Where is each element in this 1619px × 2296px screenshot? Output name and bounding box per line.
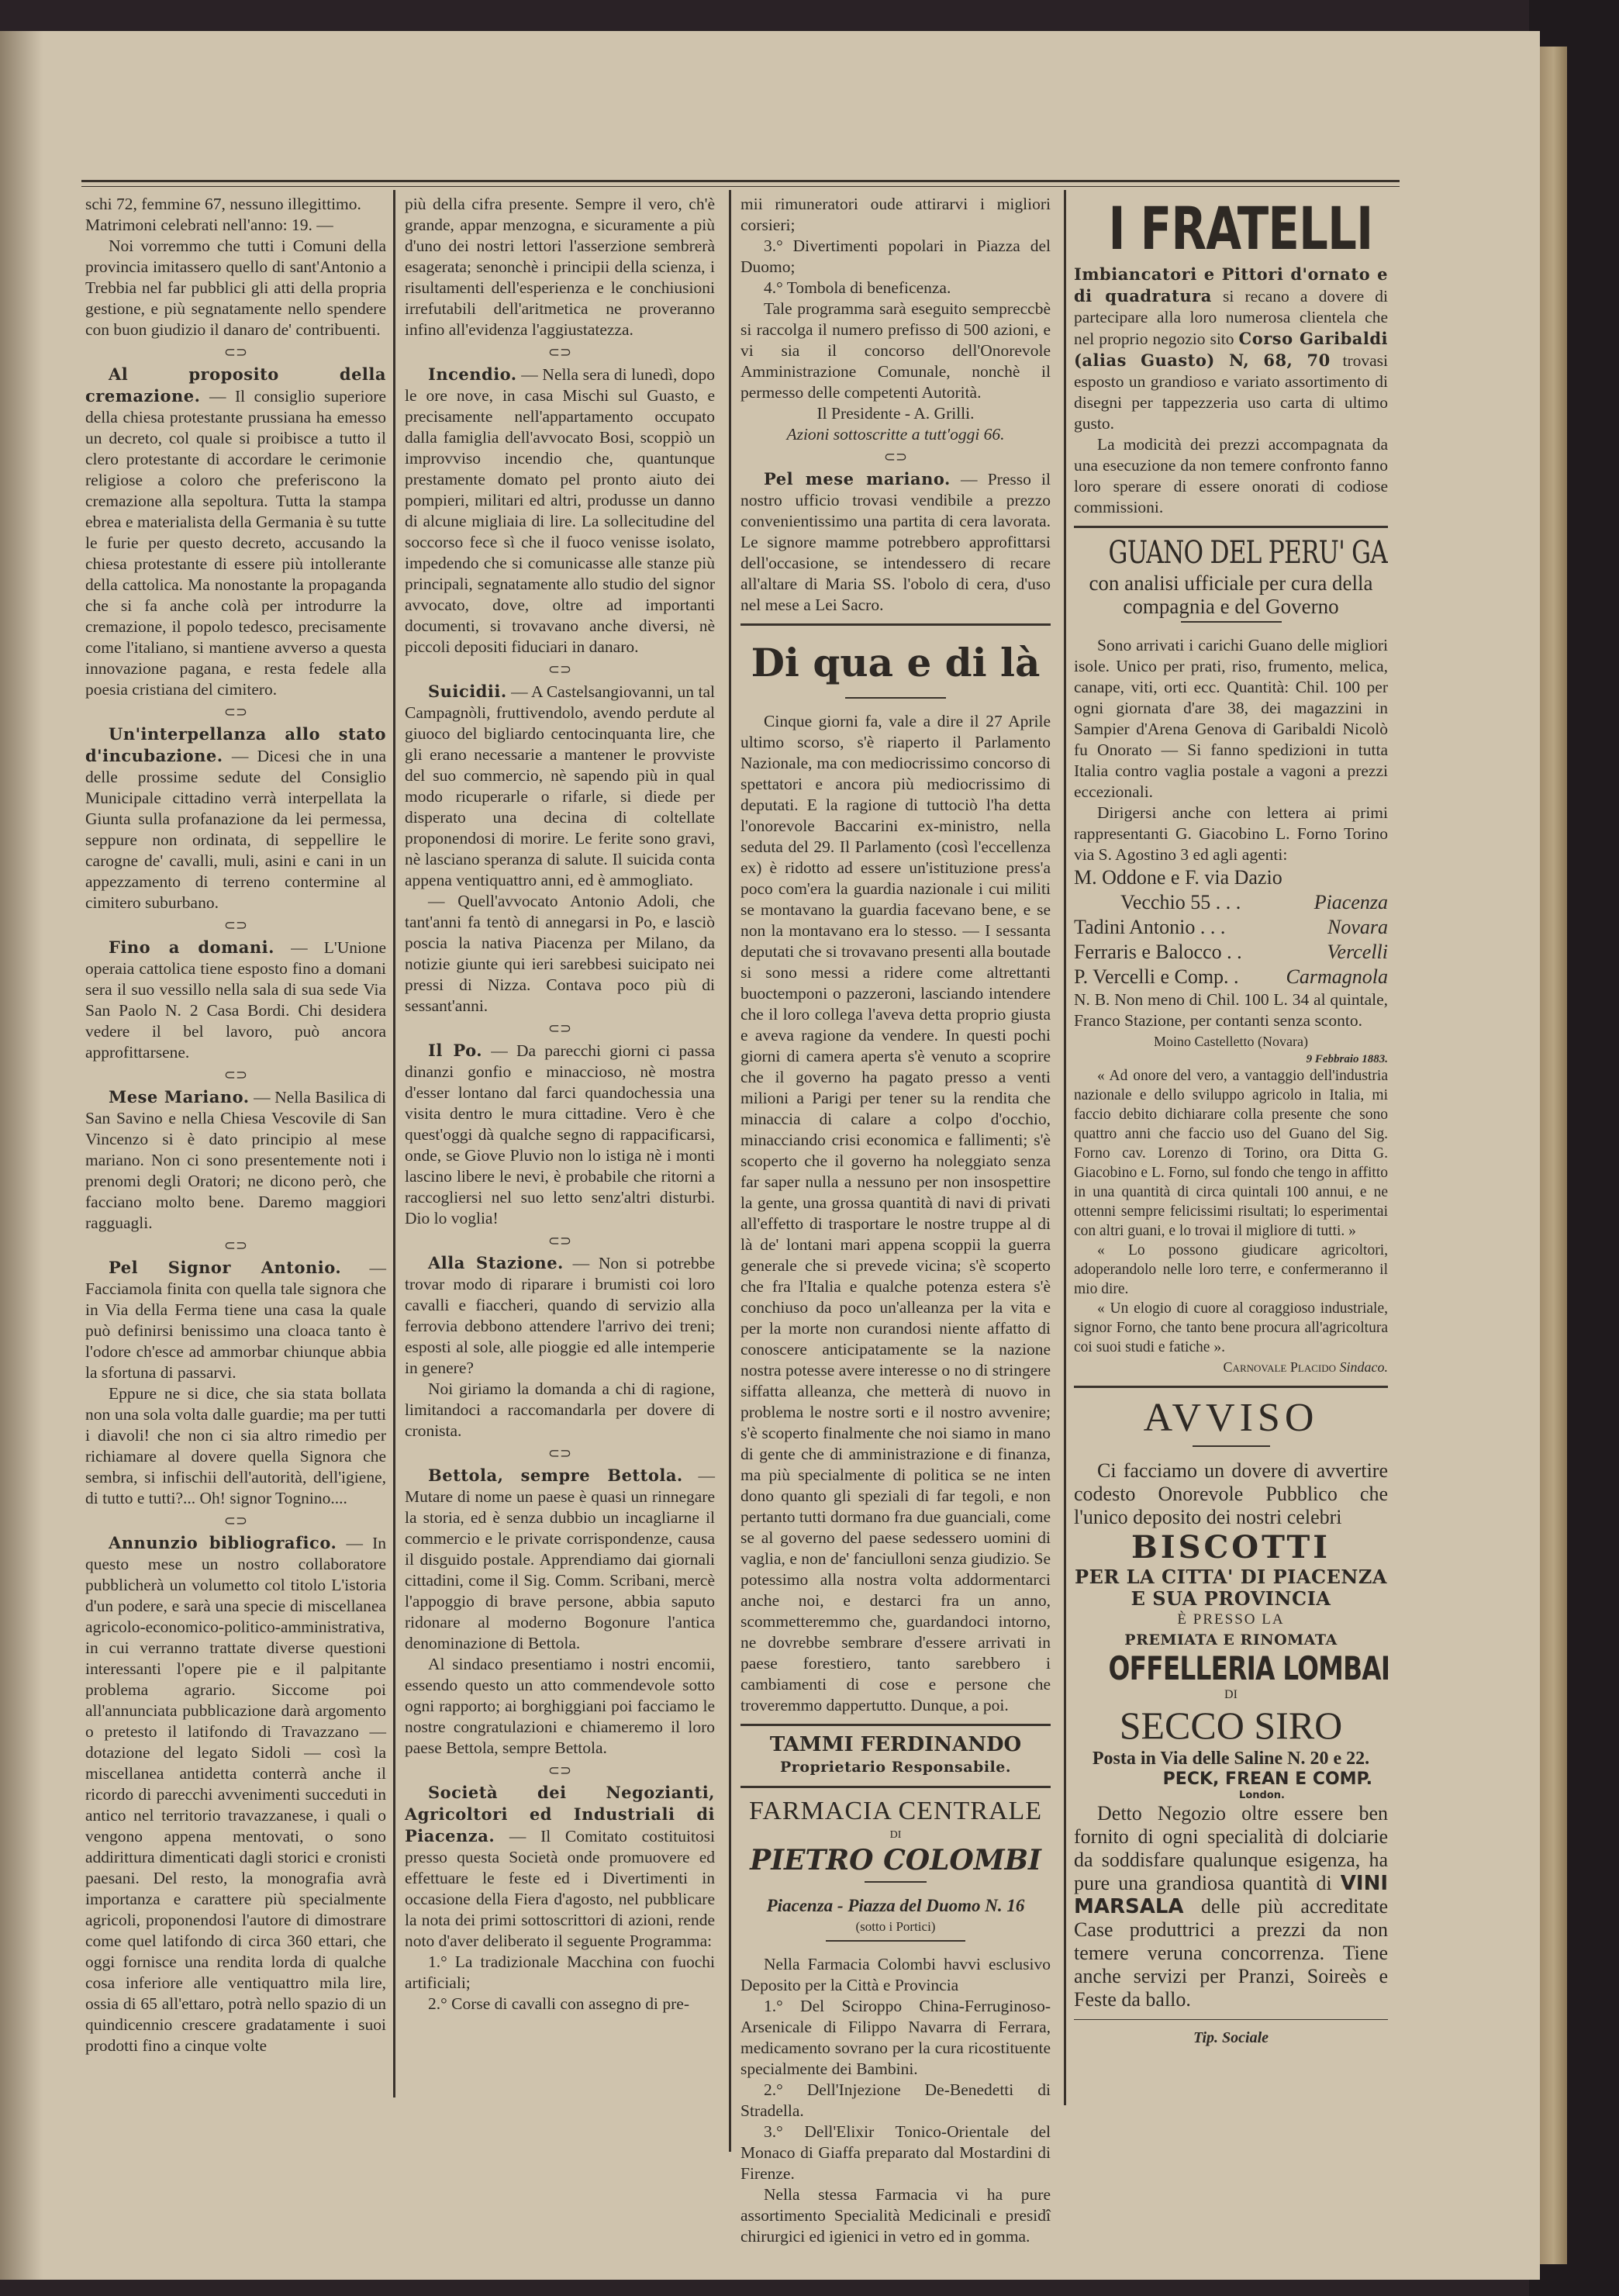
ornament-icon: ⊂⊃	[405, 340, 715, 364]
column-divider	[729, 190, 731, 2152]
testimonial: « Un elogio di cuore al coraggioso indus…	[1074, 1299, 1388, 1357]
publisher-name: TAMMI FERDINANDO	[740, 1732, 1051, 1757]
title-underline	[865, 1881, 927, 1883]
article-body: — Presso il nostro ufficio trovasi vendi…	[740, 470, 1051, 614]
article-annunzio: Annunzio bibliografico. — In questo mese…	[85, 1532, 386, 2056]
guano-subtitle: con analisi ufficiale per cura della com…	[1074, 571, 1388, 618]
agent-city: Piacenza	[1314, 890, 1388, 915]
article-title: Alla Stazione.	[428, 1253, 564, 1272]
article-body: — Nella sera di lunedì, dopo le ore nove…	[405, 365, 715, 656]
article-title: Bettola, sempre Bettola.	[428, 1466, 683, 1485]
product-name: BISCOTTI	[1074, 1529, 1388, 1566]
guano-place: Moino Castelletto (Novara)	[1074, 1031, 1388, 1052]
shop-wrap: OFFELLERIA LOMBARDA	[1074, 1650, 1388, 1687]
title-underline	[826, 1940, 965, 1942]
article-bettola: Bettola, sempre Bettola. — Mutare di nom…	[405, 1465, 715, 1654]
pharmacy-item: 1.° Del Sciroppo China-Ferruginoso-Arsen…	[740, 1996, 1051, 2080]
article-body: — Il consiglio superiore della chiesa pr…	[85, 387, 386, 699]
brand-name: PECK, FREAN E COMP.	[1074, 1769, 1388, 1790]
column-4: I FRATELLI MORISI Imbiancatori e Pittori…	[1074, 194, 1388, 2049]
intro-paragraph: più della cifra presente. Sempre il vero…	[405, 194, 715, 340]
ornament-icon: ⊂⊃	[405, 1229, 715, 1252]
article-title: Pel mese mariano.	[764, 469, 951, 489]
program-item: 2.° Corse di cavalli con assegno di pre-	[405, 1994, 715, 2015]
agent-name: P. Vercelli e Comp. .	[1074, 965, 1239, 989]
article-mese-mariano: Mese Mariano. — Nella Basilica di San Sa…	[85, 1086, 386, 1234]
article-pel-mese-mariano: Pel mese mariano. — Presso il nostro uff…	[740, 468, 1051, 616]
ornament-icon: ⊂⊃	[405, 658, 715, 681]
signature: Carnovale Placido Sindaco.	[1074, 1357, 1388, 1378]
signature-name: Carnovale Placido	[1224, 1359, 1336, 1375]
signature-role: Sindaco.	[1340, 1359, 1389, 1375]
agent-name: Tadini Antonio . . .	[1074, 915, 1225, 940]
article-title: Suicidii.	[428, 682, 507, 701]
ad-rule	[1074, 526, 1388, 528]
ornament-icon: ⊂⊃	[85, 913, 386, 937]
article-title: Pel Signor Antonio.	[109, 1258, 341, 1277]
pharmacy-owner: PIETRO COLOMBI	[740, 1842, 1051, 1878]
pharmacy-address-note: (sotto i Portici)	[740, 1916, 1051, 1937]
article-fino-a-domani: Fino a domani. — L'Unione operaia cattol…	[85, 937, 386, 1063]
article-signor-antonio: Pel Signor Antonio. — Facciamola finita …	[85, 1257, 386, 1383]
pharmacy-closing: Nella stessa Farmacia vi ha pure assorti…	[740, 2184, 1051, 2247]
section-body: Cinque giorni fa, vale a dire il 27 Apri…	[740, 711, 1051, 1716]
morisi-lead: Imbiancatori e Pittori d'ornato e di qua…	[1074, 264, 1388, 434]
pharmacy-item: 2.° Dell'Injezione De-Benedetti di Strad…	[740, 2080, 1051, 2122]
pharmacy-address: Piacenza - Piazza del Duomo N. 16	[740, 1895, 1051, 1916]
article-societa: Società dei Negozianti, Agricoltori ed I…	[405, 1782, 715, 1952]
continued-text: mii rimuneratori oude attirarvi i miglio…	[740, 194, 1051, 236]
article-body: — A Castelsangiovanni, un tal Campagnòli…	[405, 682, 715, 889]
article-cremazione: Al proposito della cremazione. — Il cons…	[85, 364, 386, 700]
program-note: Tale programma sarà eseguito sempreccbè …	[740, 299, 1051, 403]
guano-date: 9 Febbraio 1883.	[1074, 1052, 1388, 1066]
column-3: mii rimuneratori oude attirarvi i miglio…	[740, 194, 1051, 2247]
ad-rule	[1074, 1386, 1388, 1388]
article-title: Incendio.	[428, 364, 517, 384]
article-alla-stazione: Alla Stazione. — Non si potrebbe trovar …	[405, 1252, 715, 1379]
ornament-rule	[1181, 621, 1282, 623]
article-title: Mese Mariano.	[109, 1087, 250, 1107]
program-item: 4.° Tombola di beneficenza.	[740, 278, 1051, 299]
article-body-continued: Al sindaco presentiamo i nostri encomii,…	[405, 1654, 715, 1759]
agent-row: Ferraris e Balocco . .Vercelli	[1074, 940, 1388, 965]
agent-city: Vercelli	[1327, 940, 1388, 965]
article-body: — In questo mese un nostro collaboratore…	[85, 1534, 386, 2055]
pharmacy-title: FARMACIA CENTRALE	[740, 1794, 1051, 1828]
pharmacy-di: DI	[740, 1828, 1051, 1842]
ornament-rule	[1193, 1445, 1270, 1447]
ornament-icon: ⊂⊃	[740, 445, 1051, 468]
ornament-icon: ⊂⊃	[405, 1759, 715, 1782]
agent-row: Vecchio 55 . . .Piacenza	[1074, 890, 1388, 915]
article-title: Il Po.	[428, 1041, 482, 1060]
agent-row: Tadini Antonio . . .Novara	[1074, 915, 1388, 940]
intro-paragraph: Noi vorremmo che tutti i Comuni della pr…	[85, 236, 386, 340]
article-body-continued: — Quell'avvocato Antonio Adoli, che tant…	[405, 891, 715, 1017]
publisher-role: Proprietario Responsabile.	[740, 1757, 1051, 1778]
article-body-continued: Eppure ne si dice, che sia stata bollata…	[85, 1383, 386, 1509]
article-suicidii: Suicidii. — A Castelsangiovanni, un tal …	[405, 681, 715, 891]
column-2: più della cifra presente. Sempre il vero…	[405, 194, 715, 2015]
shares-count: Azioni sottoscritte a tutt'oggi 66.	[740, 424, 1051, 445]
ornament-icon: ⊂⊃	[405, 1441, 715, 1465]
article-interpellanza: Un'interpellanza allo stato d'incubazion…	[85, 723, 386, 913]
avviso-line: E SUA PROVINCIA	[1074, 1588, 1388, 1610]
morisi-title-wrap: I FRATELLI MORISI	[1074, 194, 1388, 264]
ornament-icon: ⊂⊃	[85, 340, 386, 364]
shop-owner: SECCO SIRO	[1074, 1703, 1388, 1748]
ornament-icon: ⊂⊃	[405, 1017, 715, 1040]
shop-address: Posta in Via delle Saline N. 20 e 22.	[1074, 1748, 1388, 1769]
ornament-icon: ⊂⊃	[85, 1063, 386, 1086]
article-body: — Nella Basilica di San Savino e nella C…	[85, 1088, 386, 1232]
avviso-title: AVVISO	[1074, 1394, 1388, 1442]
article-incendio: Incendio. — Nella sera di lunedì, dopo l…	[405, 364, 715, 658]
ornament-icon: ⊂⊃	[85, 1509, 386, 1532]
ad-rule	[1074, 2019, 1388, 2020]
program-item: 1.° La tradizionale Macchina con fuochi …	[405, 1952, 715, 1994]
pharmacy-item: 3.° Dell'Elixir Tonico-Orientale del Mon…	[740, 2122, 1051, 2184]
ornament-icon: ⊂⊃	[85, 1234, 386, 1257]
agent-name: M. Oddone e F. via Dazio	[1074, 865, 1282, 890]
avviso-line: È PRESSO LA	[1074, 1610, 1388, 1630]
guano-title: GUANO DEL PERU' GARANTITO	[1109, 534, 1354, 571]
morisi-para: La modicità dei prezzi accompagnata da u…	[1074, 434, 1388, 518]
section-title: Di qua e di là	[740, 632, 1051, 694]
article-body: — Da parecchi giorni ci passa dinanzi go…	[405, 1041, 715, 1227]
page-edge	[1540, 47, 1567, 2264]
avviso-line: PREMIATA E RINOMATA	[1074, 1630, 1388, 1650]
printer-credit: Tip. Sociale	[1074, 2028, 1388, 2049]
agent-city: Novara	[1327, 915, 1388, 940]
section-rule	[740, 1724, 1051, 1726]
guano-title-wrap: GUANO DEL PERU' GARANTITO	[1074, 534, 1388, 571]
guano-para: Sono arrivati i carichi Guano delle migl…	[1074, 635, 1388, 803]
agents-list: M. Oddone e F. via Dazio Vecchio 55 . . …	[1074, 865, 1388, 989]
article-body-continued: Noi giriamo la domanda a chi di ragione,…	[405, 1379, 715, 1441]
avviso-line: PER LA CITTA' DI PIACENZA	[1074, 1566, 1388, 1588]
agent-row: M. Oddone e F. via Dazio	[1074, 865, 1388, 890]
agent-city: Carmagnola	[1286, 965, 1388, 989]
article-il-po: Il Po. — Da parecchi giorni ci passa din…	[405, 1040, 715, 1229]
avviso-intro: Ci facciamo un dovere di avvertire codes…	[1074, 1459, 1388, 1529]
intro-line: schi 72, femmine 67, nessuno illegittimo…	[85, 194, 386, 215]
section-rule	[740, 1786, 1051, 1788]
article-body: — Mutare di nome un paese è quasi un rin…	[405, 1466, 715, 1652]
shop-di: DI	[1074, 1687, 1388, 1703]
testimonial: « Lo possono giudicare agricoltori, adop…	[1074, 1241, 1388, 1299]
agent-row: P. Vercelli e Comp. .Carmagnola	[1074, 965, 1388, 989]
title-underline	[845, 697, 946, 699]
article-title: Annunzio bibliografico.	[109, 1533, 337, 1552]
program-item: 3.° Divertimenti popolari in Piazza del …	[740, 236, 1051, 278]
intro-line: Matrimoni celebrati nell'anno: 19. —	[85, 215, 386, 236]
section-rule	[740, 623, 1051, 626]
pharmacy-intro: Nella Farmacia Colombi havvi esclusivo D…	[740, 1954, 1051, 1996]
morisi-title: I FRATELLI MORISI	[1109, 194, 1354, 264]
ornament-icon: ⊂⊃	[85, 700, 386, 723]
column-divider	[393, 190, 395, 2097]
article-body: — Dicesi che in una delle prossime sedut…	[85, 747, 386, 912]
testimonial: « Ad onore del vero, a vantaggio dell'in…	[1074, 1066, 1388, 1241]
guano-nb: N. B. Non meno di Chil. 100 L. 34 al qui…	[1074, 989, 1388, 1031]
column-divider	[1064, 190, 1066, 2105]
brand-city: London.	[1074, 1790, 1388, 1802]
agent-name: Ferraris e Balocco . .	[1074, 940, 1242, 965]
president-signature: Il Presidente - A. Grilli.	[740, 403, 1051, 424]
article-title: Fino a domani.	[109, 937, 274, 957]
gutter-shadow	[0, 31, 43, 2280]
column-1: schi 72, femmine 67, nessuno illegittimo…	[85, 194, 386, 2056]
agent-name: Vecchio 55 . . .	[1074, 890, 1241, 915]
shop-name: OFFELLERIA LOMBARDA	[1109, 1650, 1354, 1687]
avviso-body: Detto Negozio oltre essere ben fornito d…	[1074, 1802, 1388, 2011]
guano-para: Dirigersi anche con lettera ai primi rap…	[1074, 803, 1388, 865]
top-rule	[81, 180, 1400, 187]
